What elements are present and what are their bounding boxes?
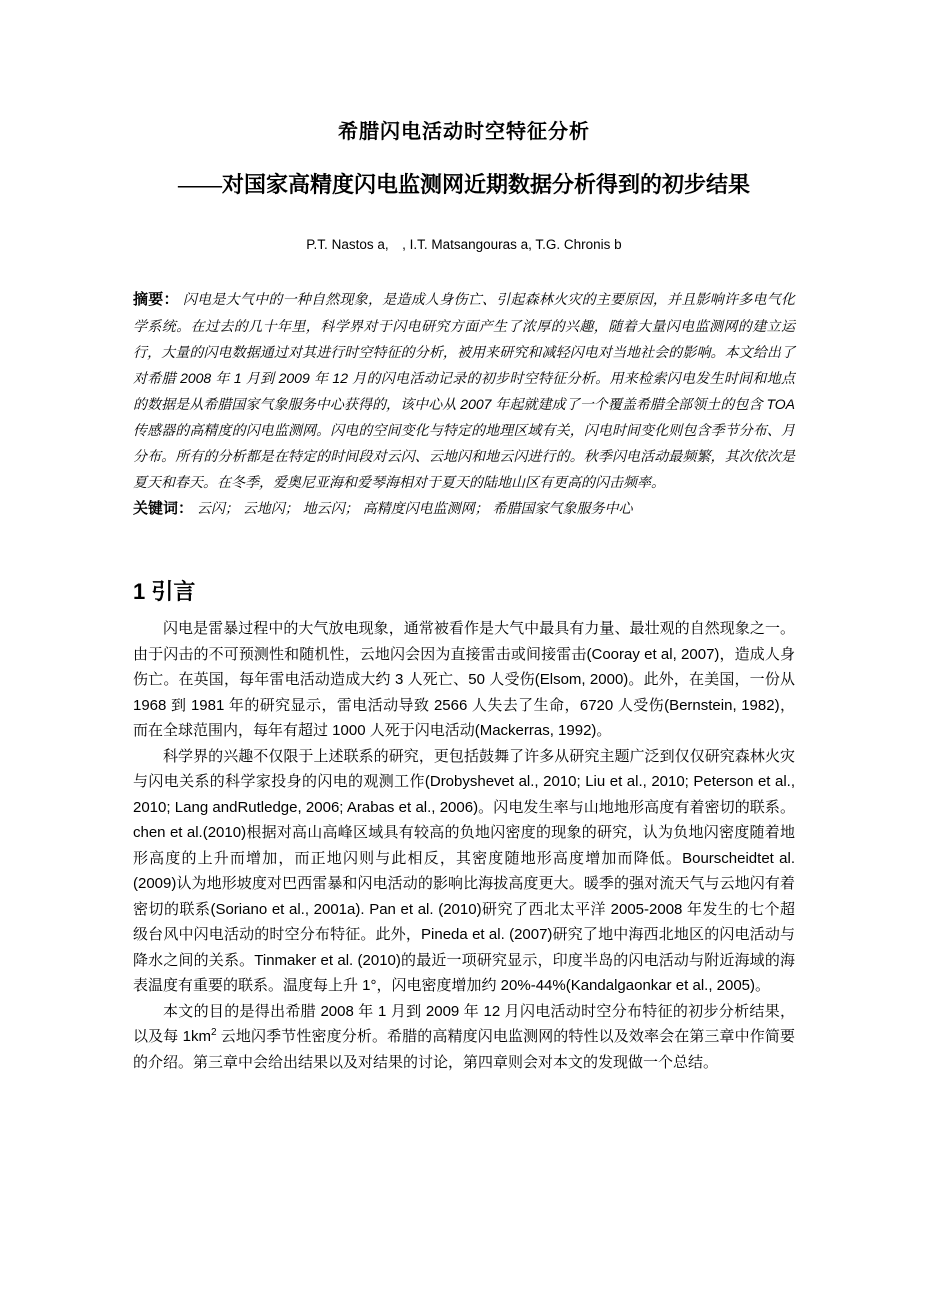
document-page: 希腊闪电活动时空特征分析 ——对国家高精度闪电监测网近期数据分析得到的初步结果 … <box>0 0 926 1309</box>
paragraph-3-text-after-superscript: 云地闪季节性密度分析。希腊的高精度闪电监测网的特性以及效率会在第三章中作简要的介… <box>133 1028 795 1071</box>
abstract-label: 摘要： <box>133 291 179 308</box>
section-1-heading: 1 引言 <box>133 578 795 606</box>
section-1-paragraph-2: 科学界的兴趣不仅限于上述联系的研究，更包括鼓舞了许多从研究主题广泛到仅仅研究森林… <box>133 744 795 999</box>
abstract-text: 闪电是大气中的一种自然现象，是造成人身伤亡、引起森林火灾的主要原因，并且影响许多… <box>133 291 795 490</box>
keywords-block: 关键词： 云闪； 云地闪； 地云闪； 高精度闪电监测网； 希腊国家气象服务中心 <box>133 495 795 522</box>
section-1-paragraph-1: 闪电是雷暴过程中的大气放电现象，通常被看作是大气中最具有力量、最壮观的自然现象之… <box>133 616 795 744</box>
authors-line: P.T. Nastos a, , I.T. Matsangouras a, T.… <box>133 236 795 254</box>
document-content: 希腊闪电活动时空特征分析 ——对国家高精度闪电监测网近期数据分析得到的初步结果 … <box>133 0 795 1075</box>
page-subtitle: ——对国家高精度闪电监测网近期数据分析得到的初步结果 <box>133 170 795 200</box>
section-1-paragraph-3: 本文的目的是得出希腊 2008 年 1 月到 2009 年 12 月闪电活动时空… <box>133 999 795 1076</box>
keywords-label: 关键词： <box>133 500 193 517</box>
keywords-text: 云闪； 云地闪； 地云闪； 高精度闪电监测网； 希腊国家气象服务中心 <box>197 500 633 516</box>
abstract-block: 摘要： 闪电是大气中的一种自然现象，是造成人身伤亡、引起森林火灾的主要原因，并且… <box>133 286 795 495</box>
page-title: 希腊闪电活动时空特征分析 <box>133 118 795 146</box>
